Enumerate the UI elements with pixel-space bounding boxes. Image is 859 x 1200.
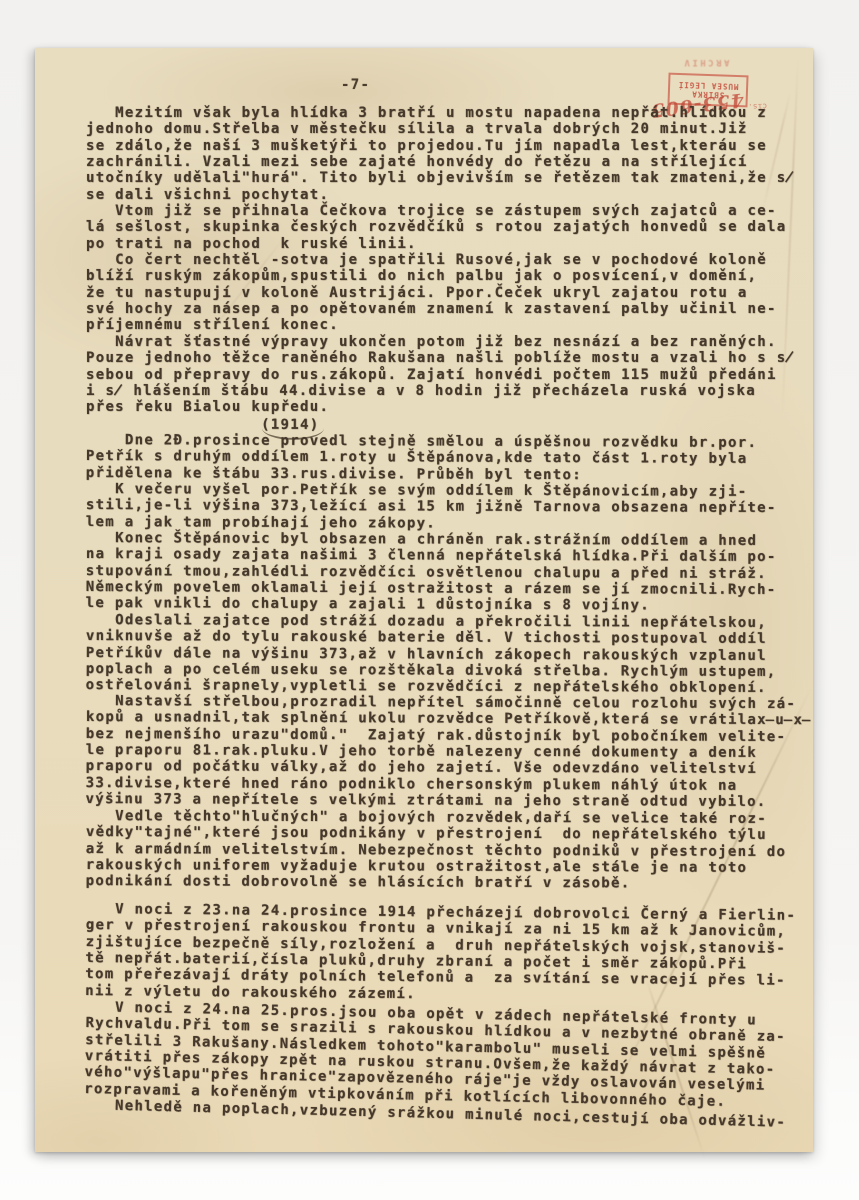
paragraph: Návrat šťastné výpravy ukončen potom již… [86,334,812,416]
page-number: -7- [341,77,370,93]
text-line: Návrat šťastné výpravy ukončen potom již… [86,334,812,350]
text-line: blíží ruským zákopům,spustili do nich pa… [86,268,812,284]
text-line: zachránili. Vzali mezi sebe zajaté honvé… [86,154,812,170]
text-line: Vtom již se přihnala Čečkova trojice se … [86,203,812,219]
text-line: že tu nastupují v koloně Austrijáci. Ppo… [86,285,812,301]
paragraph: Nastavší střelbou,prozradil nepřítel sám… [86,693,812,811]
text-line: jednoho domu.Střelba v městečku sílila a… [86,121,812,137]
text-line: utočníky udělali"hurá". Tito byli objevi… [86,170,812,186]
paragraph: Mezitím však byla hlídka 3 bratří u most… [86,105,812,203]
text-line: po trati na pochod k ruské linii. [86,236,812,252]
text-line: Pouze jednoho těžce raněného Rakušana na… [86,350,812,366]
text-line: přes řeku Bialou kupředu. [86,399,812,415]
text-line: i s̸ hlášením štábu 44.divise a v 8 hodi… [86,383,812,399]
paragraph: Vtom již se přihnala Čečkova trojice se … [86,203,812,252]
typewritten-text: Mezitím však byla hlídka 3 bratří u most… [86,105,812,1113]
text-line: Co čert nechtěl -sotva je spatřili Rusov… [86,252,812,268]
text-line: Mezitím však byla hlídka 3 bratří u most… [86,105,812,121]
paragraph: Dne 2Đ.prosince provedl stejně smělou a … [86,432,812,484]
text-line: lá sešlost, skupinka českých rozvědčíků … [86,219,812,235]
text-line: podnikání dosti dobrovolně se hlásících … [86,873,812,893]
stamp-faint-text: ARCHIV [682,57,730,67]
paragraph: V noci z 23.na 24.prosince 1914 přecháze… [85,901,812,1006]
document-page: ARCHIV SBÍRKA MUSEA LEGIÍ čís. 453-605 -… [35,48,813,1152]
text-line: se zdálo,že naší 3 mušketýři to projedou… [86,138,812,154]
paragraph: V noci z 24.na 25.pros.jsou oba opět v z… [84,999,812,1112]
paragraph: Konec Štěpánovic byl obsazen a chráněn r… [86,530,812,615]
paragraph: Vedle těchto"hlučných" a bojových rozvěd… [86,808,812,893]
paragraph: K večeru vyšel por.Petřík se svým oddíle… [86,481,812,533]
paragraph: Odeslali zajatce pod stráží dozadu a pře… [86,612,812,697]
paragraph: Co čert nechtěl -sotva je spatřili Rusov… [86,252,812,334]
text-line: sebou od přepravy do rus.zákopů. Zajatí … [86,367,812,383]
text-line: příjemnému střílení konec. [86,317,812,333]
text-line: se dali všichni pochytat. [86,187,812,203]
text-line: své hochy za násep a po opětovaném zname… [86,301,812,317]
